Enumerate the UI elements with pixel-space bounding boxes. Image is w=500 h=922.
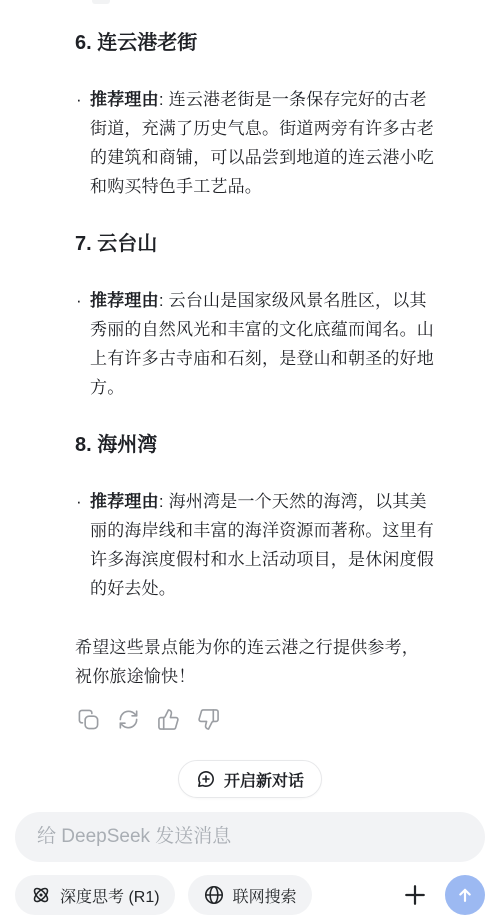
reason-label: 推荐理由	[90, 492, 159, 511]
copy-button[interactable]	[77, 708, 100, 731]
list-item: · 推荐理由: 云台山是国家级风景名胜区，以其秀丽的自然风光和丰富的文化底蕴而闻…	[75, 286, 436, 402]
section-heading: 7. 云台山	[75, 231, 436, 257]
reason-paragraph: 推荐理由: 海州湾是一个天然的海湾，以其美丽的海岸线和丰富的海洋资源而著称。这里…	[90, 487, 436, 603]
deep-think-toggle[interactable]: 深度思考 (R1)	[15, 875, 175, 915]
bullet-marker: ·	[76, 487, 82, 516]
plus-icon	[401, 881, 431, 909]
regenerate-button[interactable]	[117, 708, 140, 731]
recommendation-section: 7. 云台山 · 推荐理由: 云台山是国家级风景名胜区，以其秀丽的自然风光和丰富…	[75, 231, 436, 402]
web-search-label: 联网搜索	[233, 884, 297, 907]
composer	[15, 812, 485, 862]
bullet-marker: ·	[76, 286, 82, 315]
new-chat-label: 开启新对话	[224, 768, 304, 791]
thumbs-up-button[interactable]	[157, 708, 180, 731]
thumbs-up-icon	[157, 708, 180, 731]
new-chat-button[interactable]: 开启新对话	[178, 760, 322, 798]
thumbs-down-icon	[197, 708, 220, 731]
web-search-toggle[interactable]: 联网搜索	[188, 875, 312, 915]
recommendation-section: 6. 连云港老街 · 推荐理由: 连云港老街是一条保存完好的古老街道，充满了历史…	[75, 30, 436, 201]
atom-icon	[30, 884, 52, 906]
list-item: · 推荐理由: 连云港老街是一条保存完好的古老街道，充满了历史气息。街道两旁有许…	[75, 85, 436, 201]
message-input[interactable]	[15, 812, 485, 862]
composer-toolbar: 深度思考 (R1) 联网搜索	[15, 875, 485, 915]
bullet-marker: ·	[76, 85, 82, 114]
reason-paragraph: 推荐理由: 云台山是国家级风景名胜区，以其秀丽的自然风光和丰富的文化底蕴而闻名。…	[90, 286, 436, 402]
closing-text: 希望这些景点能为你的连云港之行提供参考，祝你旅途愉快！	[75, 633, 436, 691]
section-heading: 6. 连云港老街	[75, 30, 436, 56]
list-item: · 推荐理由: 海州湾是一个天然的海湾，以其美丽的海岸线和丰富的海洋资源而著称。…	[75, 487, 436, 603]
new-chat-bubble-plus-icon	[196, 769, 216, 789]
recommendation-section: 8. 海州湾 · 推荐理由: 海州湾是一个天然的海湾，以其美丽的海岸线和丰富的海…	[75, 432, 436, 603]
thumbs-down-button[interactable]	[197, 708, 220, 731]
chat-screen: 6. 连云港老街 · 推荐理由: 连云港老街是一条保存完好的古老街道，充满了历史…	[0, 0, 500, 922]
attach-plus-button[interactable]	[401, 880, 431, 910]
new-chat-row: 开启新对话	[0, 745, 500, 798]
send-button[interactable]	[445, 875, 485, 915]
globe-icon	[203, 884, 225, 906]
deep-think-label: 深度思考 (R1)	[60, 884, 160, 907]
reason-label: 推荐理由	[90, 291, 159, 310]
regenerate-icon	[117, 708, 140, 731]
copy-icon	[77, 708, 100, 731]
section-heading: 8. 海州湾	[75, 432, 436, 458]
bottom-dock: 开启新对话 深度思考 (R1)	[0, 745, 500, 922]
assistant-message: 6. 连云港老街 · 推荐理由: 连云港老街是一条保存完好的古老街道，充满了历史…	[0, 0, 500, 731]
reason-label: 推荐理由	[90, 90, 159, 109]
reason-paragraph: 推荐理由: 连云港老街是一条保存完好的古老街道，充满了历史气息。街道两旁有许多古…	[90, 85, 436, 201]
message-action-bar	[77, 708, 436, 731]
arrow-up-icon	[455, 885, 475, 905]
